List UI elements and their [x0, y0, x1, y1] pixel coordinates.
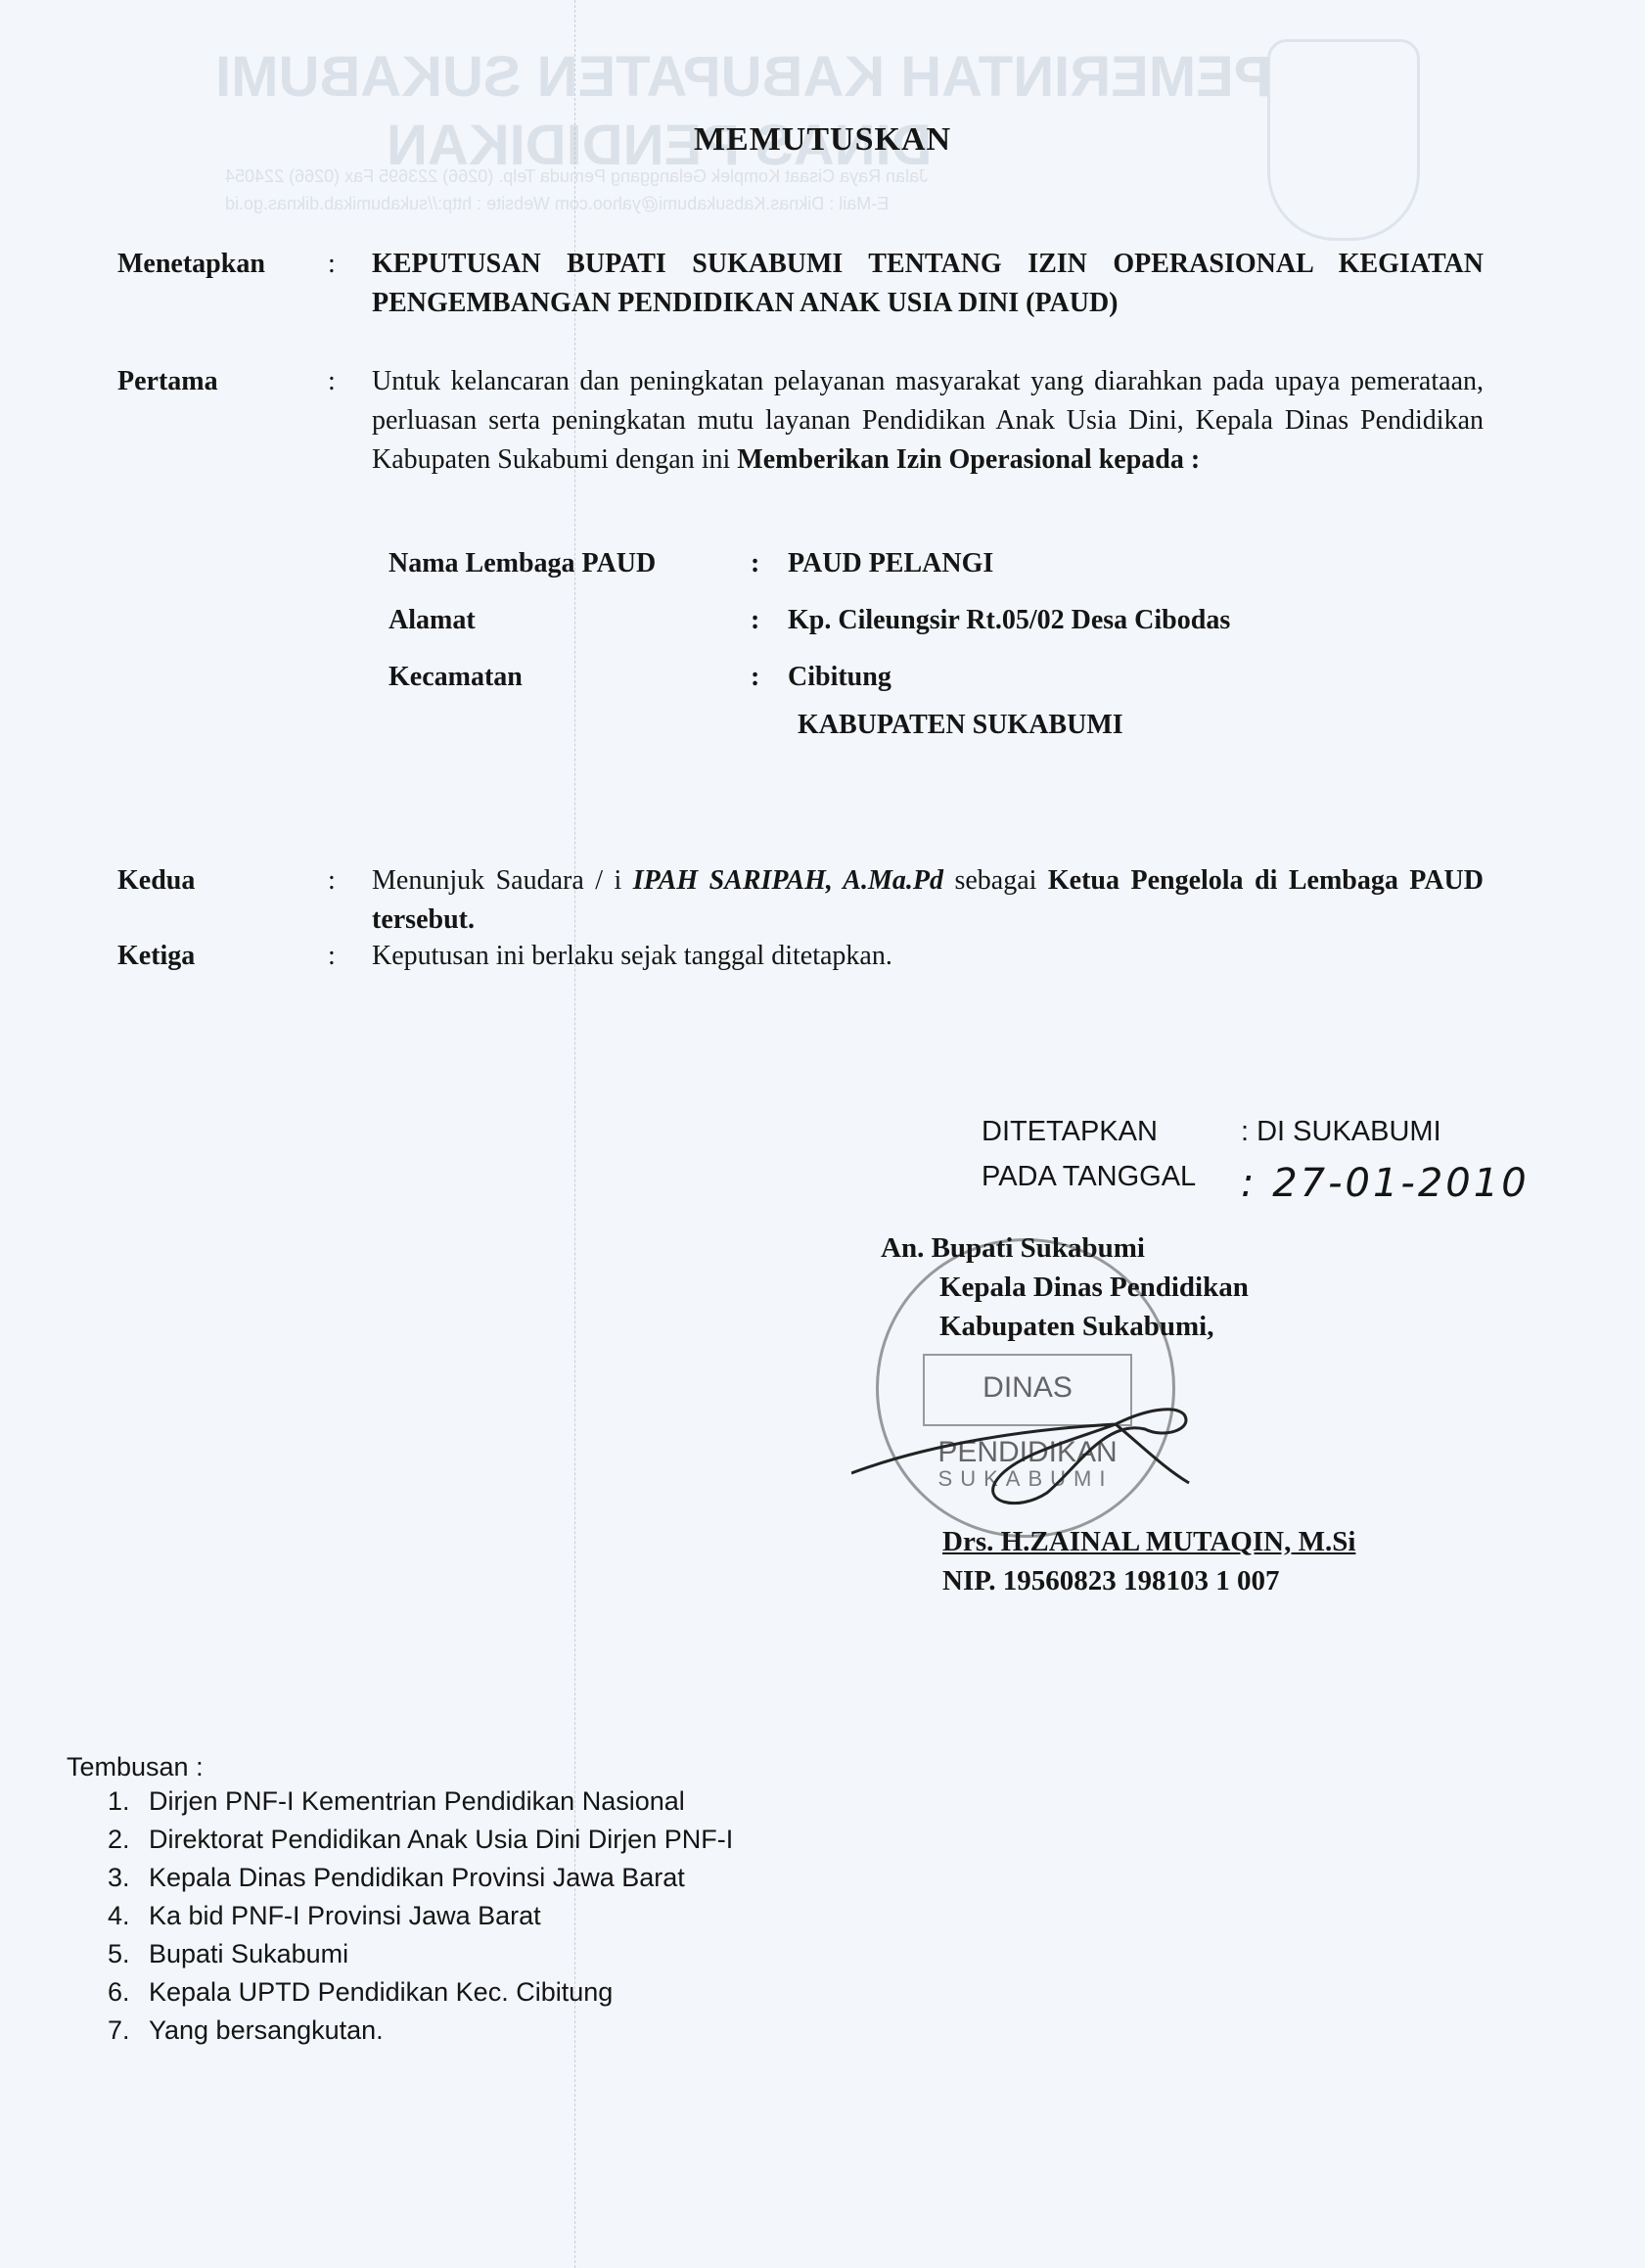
- appointee-name: IPAH SARIPAH, A.Ma.Pd: [633, 865, 943, 896]
- pertama-text-bold: Memberikan Izin Operasional kepada :: [737, 444, 1200, 475]
- penetapan-block: DITETAPKAN : DI SUKABUMI PADA TANGGAL : …: [982, 1116, 1530, 1206]
- official-line2: Kepala Dinas Pendidikan: [881, 1268, 1249, 1307]
- kedua-prefix: Menunjuk Saudara / i: [372, 865, 633, 896]
- item-number: 3.: [108, 1863, 149, 1901]
- item-text: Ka bid PNF-I Provinsi Jawa Barat: [149, 1901, 541, 1939]
- detail-colon: :: [751, 605, 788, 636]
- pertama-colon: :: [328, 362, 372, 480]
- item-number: 2.: [108, 1825, 149, 1863]
- list-item: 3.Kepala Dinas Pendidikan Provinsi Jawa …: [108, 1863, 733, 1901]
- item-number: 4.: [108, 1901, 149, 1939]
- official-line3: Kabupaten Sukabumi,: [881, 1307, 1249, 1346]
- list-item: 6.Kepala UPTD Pendidikan Kec. Cibitung: [108, 1977, 733, 2015]
- detail-nama-lembaga: Nama Lembaga PAUD : PAUD PELANGI: [388, 548, 993, 579]
- list-item: 2.Direktorat Pendidikan Anak Usia Dini D…: [108, 1825, 733, 1863]
- ditetapkan-label: DITETAPKAN: [982, 1116, 1241, 1161]
- item-number: 6.: [108, 1977, 149, 2015]
- detail-label: Nama Lembaga PAUD: [388, 548, 751, 579]
- menetapkan-section: Menetapkan : KEPUTUSAN BUPATI SUKABUMI T…: [117, 245, 1484, 323]
- item-text: Direktorat Pendidikan Anak Usia Dini Dir…: [149, 1825, 733, 1863]
- ketiga-text: Keputusan ini berlaku sejak tanggal dite…: [372, 937, 1484, 976]
- letterhead-bleed-line4: E-Mail : Diknas.Kabsukabumi@yahoo.com We…: [225, 194, 889, 214]
- item-number: 5.: [108, 1939, 149, 1977]
- ditetapkan-value: : DI SUKABUMI: [1241, 1116, 1441, 1161]
- item-text: Dirjen PNF-I Kementrian Pendidikan Nasio…: [149, 1786, 685, 1825]
- detail-alamat: Alamat : Kp. Cileungsir Rt.05/02 Desa Ci…: [388, 605, 1230, 636]
- item-number: 7.: [108, 2015, 149, 2054]
- menetapkan-label: Menetapkan: [117, 245, 328, 323]
- kedua-text: Menunjuk Saudara / i IPAH SARIPAH, A.Ma.…: [372, 861, 1484, 940]
- ketiga-label: Ketiga: [117, 937, 328, 976]
- item-number: 1.: [108, 1786, 149, 1825]
- list-item: 1.Dirjen PNF-I Kementrian Pendidikan Nas…: [108, 1786, 733, 1825]
- official-title: An. Bupati Sukabumi Kepala Dinas Pendidi…: [881, 1228, 1249, 1346]
- pertama-section: Pertama : Untuk kelancaran dan peningkat…: [117, 362, 1484, 480]
- tembusan-section: Tembusan : 1.Dirjen PNF-I Kementrian Pen…: [67, 1752, 733, 2054]
- document-title: MEMUTUSKAN: [0, 121, 1645, 159]
- detail-colon: :: [751, 548, 788, 579]
- tembusan-list: 1.Dirjen PNF-I Kementrian Pendidikan Nas…: [67, 1786, 733, 2054]
- menetapkan-text: KEPUTUSAN BUPATI SUKABUMI TENTANG IZIN O…: [372, 245, 1484, 323]
- kabupaten-label: KABUPATEN SUKABUMI: [798, 710, 1123, 741]
- detail-value: Kp. Cileungsir Rt.05/02 Desa Cibodas: [788, 605, 1230, 636]
- signer-name: Drs. H.ZAINAL MUTAQIN, M.Si: [942, 1522, 1355, 1561]
- pertama-label: Pertama: [117, 362, 328, 480]
- item-text: Kepala Dinas Pendidikan Provinsi Jawa Ba…: [149, 1863, 685, 1901]
- pertama-text: Untuk kelancaran dan peningkatan pelayan…: [372, 362, 1484, 480]
- kedua-middle: sebagai: [943, 865, 1048, 896]
- detail-colon: :: [751, 662, 788, 693]
- tanggal-label: PADA TANGGAL: [982, 1161, 1241, 1206]
- tanggal-value: : 27-01-2010: [1241, 1161, 1530, 1206]
- item-text: Kepala UPTD Pendidikan Kec. Cibitung: [149, 1977, 613, 2015]
- letterhead-bleed-line3: Jalan Raya Cisaat Komplek Gelanggang Pem…: [225, 166, 928, 187]
- signer-block: Drs. H.ZAINAL MUTAQIN, M.Si NIP. 1956082…: [942, 1522, 1355, 1600]
- item-text: Yang bersangkutan.: [149, 2015, 384, 2054]
- official-line1: An. Bupati Sukabumi: [881, 1228, 1249, 1268]
- list-item: 4.Ka bid PNF-I Provinsi Jawa Barat: [108, 1901, 733, 1939]
- detail-kecamatan: Kecamatan : Cibitung: [388, 662, 891, 693]
- signature-icon: [851, 1390, 1262, 1507]
- detail-label: Alamat: [388, 605, 751, 636]
- detail-value: PAUD PELANGI: [788, 548, 993, 579]
- kedua-colon: :: [328, 861, 372, 940]
- kedua-label: Kedua: [117, 861, 328, 940]
- kedua-section: Kedua : Menunjuk Saudara / i IPAH SARIPA…: [117, 861, 1484, 940]
- tembusan-heading: Tembusan :: [67, 1752, 733, 1782]
- list-item: 7.Yang bersangkutan.: [108, 2015, 733, 2054]
- ketiga-colon: :: [328, 937, 372, 976]
- detail-label: Kecamatan: [388, 662, 751, 693]
- list-item: 5.Bupati Sukabumi: [108, 1939, 733, 1977]
- item-text: Bupati Sukabumi: [149, 1939, 348, 1977]
- letterhead-bleed-line1: PEMERINTAH KABUPATEN SUKABUMI: [215, 44, 1271, 110]
- detail-value: Cibitung: [788, 662, 891, 693]
- signer-nip: NIP. 19560823 198103 1 007: [942, 1561, 1355, 1600]
- menetapkan-colon: :: [328, 245, 372, 323]
- ketiga-section: Ketiga : Keputusan ini berlaku sejak tan…: [117, 937, 1484, 976]
